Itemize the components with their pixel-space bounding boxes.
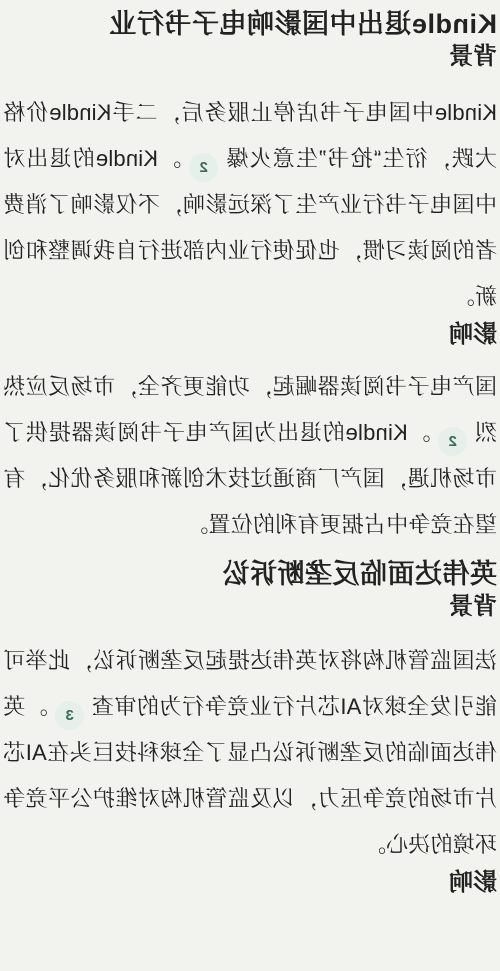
section-heading-impact-2: 影响 <box>3 868 497 898</box>
document-body: Kindle退出中国影响电子书行业 背景 Kindle中国电子书店停止服务后，二… <box>0 0 500 898</box>
section-heading-impact-1: 影响 <box>3 320 497 350</box>
paragraph-kindle-background: Kindle中国电子书店停止服务后，二手Kindle价格大跌，衍生“抢书”生意火… <box>3 90 497 320</box>
citation-badge[interactable]: 2 <box>438 427 467 456</box>
citation-badge[interactable]: 3 <box>55 701 84 730</box>
citation-badge[interactable]: 2 <box>189 153 218 182</box>
paragraph-kindle-impact: 国产电子书阅读器崛起，功能更齐全，市场反应热烈2。Kindle的退出为国产电子书… <box>3 364 497 548</box>
paragraph-nvidia-background: 法国监管机构将对英伟达提起反垄断诉讼，此举可能引发全球对AI芯片行业竞争行为的审… <box>3 638 497 868</box>
article-title-nvidia: 英伟达面临反垄断诉讼 <box>3 556 497 592</box>
section-heading-background-2: 背景 <box>3 592 497 622</box>
paragraph-text: 。Kindle的退出为国产电子书阅读器提供了市场机遇，国产厂商通过技术创新和服务… <box>3 420 497 537</box>
article-title-kindle: Kindle退出中国影响电子书行业 <box>3 6 497 42</box>
section-heading-background-1: 背景 <box>3 42 497 72</box>
mirrored-document-page: Kindle退出中国影响电子书行业 背景 Kindle中国电子书店停止服务后，二… <box>0 0 500 971</box>
